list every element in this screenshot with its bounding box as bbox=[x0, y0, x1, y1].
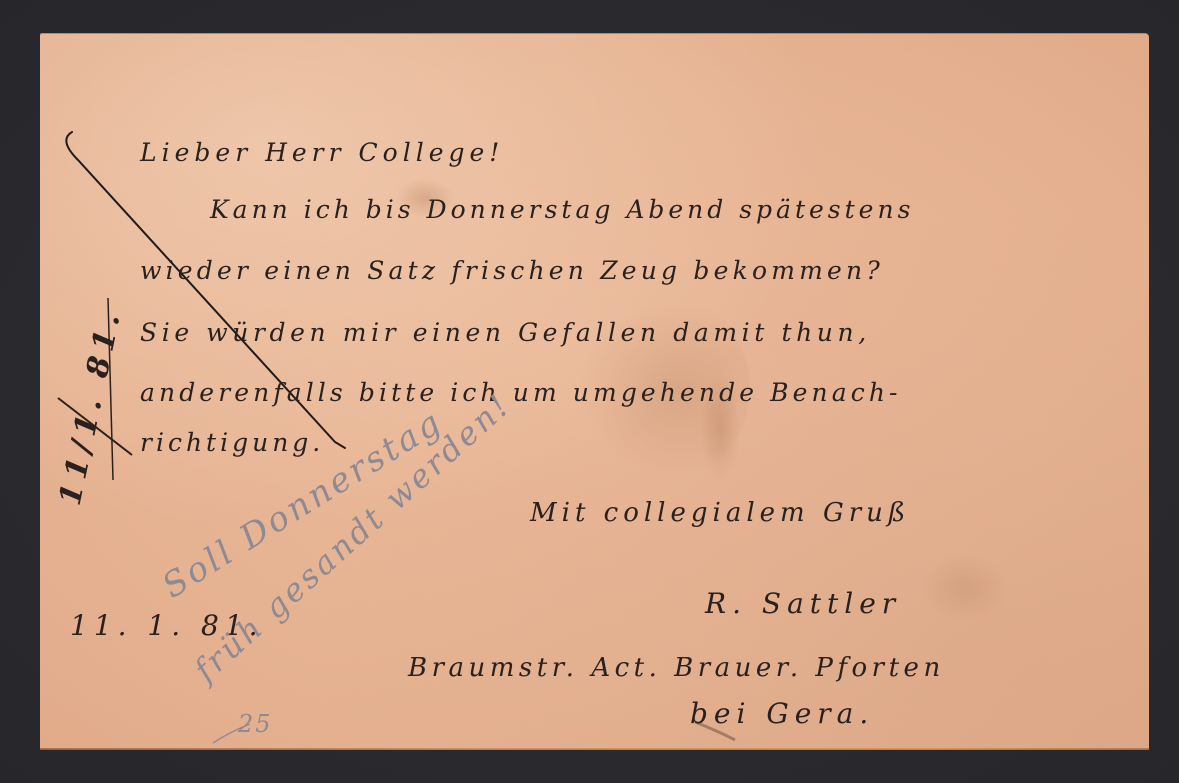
letter-line-2: wieder einen Satz frischen Zeug bekommen… bbox=[140, 258, 884, 283]
letter-line-5: richtigung. bbox=[140, 430, 324, 455]
letter-line-4: anderenfalls bitte ich um umgehende Bena… bbox=[140, 380, 902, 405]
closing-text: Mit collegialem Gruß bbox=[530, 500, 910, 526]
pencil-number-mark: 25 bbox=[238, 712, 273, 736]
address-line-1: Braumstr. Act. Brauer. Pforten bbox=[408, 655, 945, 681]
signature-text: R. Sattler bbox=[705, 590, 901, 618]
ink-stain-right bbox=[920, 553, 1010, 623]
letter-line-1: Kann ich bis Donnerstag Abend spätestens bbox=[210, 197, 914, 222]
letter-line-3: Sie würden mir einen Gefallen damit thun… bbox=[140, 320, 871, 345]
salutation-text: Lieber Herr College! bbox=[140, 140, 504, 165]
address-line-2: bei Gera. bbox=[690, 700, 874, 728]
